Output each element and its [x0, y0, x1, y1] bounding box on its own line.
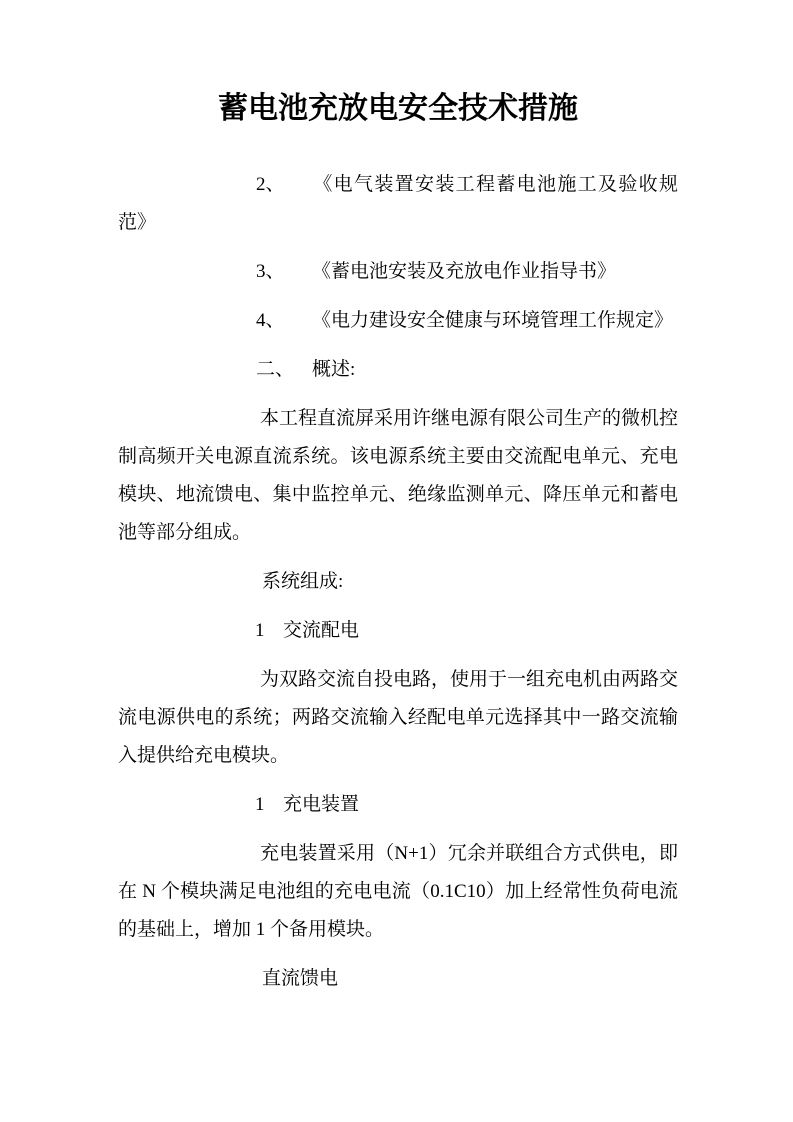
section-heading-overview: 二、概述:: [118, 351, 678, 389]
numbered-sub-heading: 1交流配电: [118, 612, 678, 650]
sub-heading-text: 充电装置: [283, 794, 359, 815]
list-item-number: 3、: [256, 253, 312, 291]
sub-heading-text: 交流配电: [283, 620, 359, 641]
document-page: 蓄电池充放电安全技术措施 2、《电气装置安装工程蓄电池施工及验收规范》 3、《蓄…: [0, 0, 793, 1122]
list-item-text: 《电力建设安全健康与环境管理工作规定》: [312, 310, 673, 331]
reference-list-item: 2、《电气装置安装工程蓄电池施工及验收规范》: [118, 166, 678, 242]
sub-heading: 直流馈电: [118, 960, 678, 998]
reference-list-item: 4、《电力建设安全健康与环境管理工作规定》: [118, 302, 678, 340]
section-number: 二、: [256, 351, 312, 389]
reference-list-item: 3、《蓄电池安装及充放电作业指导书》: [118, 253, 678, 291]
sub-heading: 系统组成:: [118, 563, 678, 601]
numbered-sub-heading: 1充电装置: [118, 786, 678, 824]
list-item-number: 4、: [256, 302, 312, 340]
document-title: 蓄电池充放电安全技术措施: [118, 86, 678, 132]
list-item-number: 2、: [256, 166, 312, 204]
sub-heading-number: 1: [255, 786, 283, 824]
sub-heading-number: 1: [255, 612, 283, 650]
body-paragraph: 为双路交流自投电路，使用于一组充电机由两路交流电源供电的系统；两路交流输入经配电…: [118, 661, 678, 775]
body-paragraph: 充电装置采用（N+1）冗余并联组合方式供电，即在 N 个模块满足电池组的充电电流…: [118, 835, 678, 949]
list-item-text: 《蓄电池安装及充放电作业指导书》: [312, 261, 616, 282]
section-heading-text: 概述:: [312, 359, 355, 380]
body-paragraph: 本工程直流屏采用许继电源有限公司生产的微机控制高频开关电源直流系统。该电源系统主…: [118, 400, 678, 552]
list-item-text: 《电气装置安装工程蓄电池施工及验收规范》: [118, 174, 678, 233]
